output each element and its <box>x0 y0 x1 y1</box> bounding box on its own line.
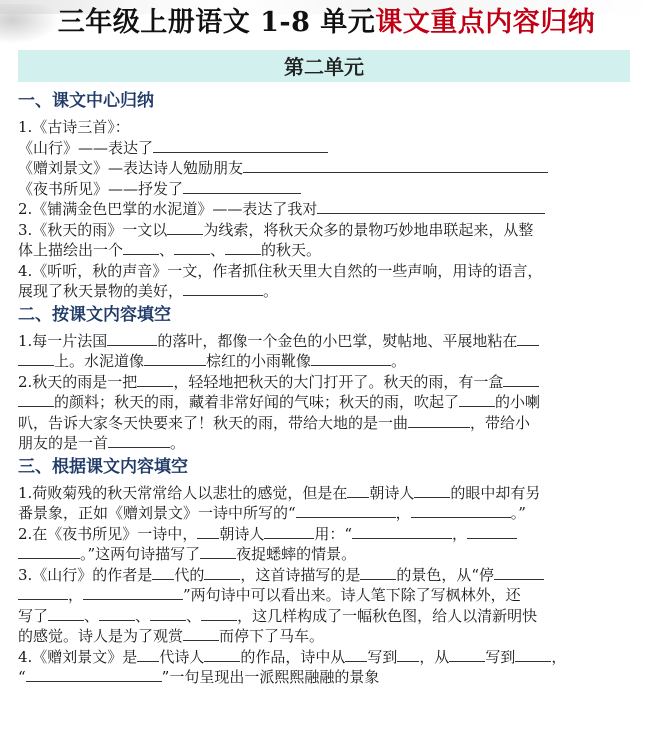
answer-blank[interactable] <box>200 544 236 559</box>
answer-blank[interactable] <box>397 647 419 662</box>
answer-blank[interactable] <box>411 503 511 518</box>
answer-blank[interactable] <box>467 524 517 539</box>
answer-blank[interactable] <box>503 372 539 387</box>
answer-blank[interactable] <box>152 565 174 580</box>
answer-blank[interactable] <box>108 433 170 448</box>
answer-blank[interactable] <box>83 585 183 600</box>
answer-blank[interactable] <box>345 647 367 662</box>
s3-q1-line2: 番景象，正如《赠刘景文》一诗中所写的“，。” <box>18 503 633 524</box>
answer-blank[interactable] <box>360 565 396 580</box>
answer-blank[interactable] <box>137 372 173 387</box>
answer-blank[interactable] <box>144 351 206 366</box>
s1-q3-line1: 3.《秋天的雨》一文以为线索，将秋天众多的景物巧妙地串联起来，从整 <box>18 220 633 241</box>
answer-blank[interactable] <box>515 647 551 662</box>
s2-q2-line4: 朋友的是一首。 <box>18 433 633 454</box>
title-black-part: 三年级上册语文 1-8 单元 <box>58 7 376 38</box>
section-heading-1: 一、课文中心归纳 <box>18 88 633 114</box>
s3-q1-line1: 1.荷败菊残的秋天常常给人以悲壮的感觉，但是在朝诗人的眼中却有另 <box>18 483 633 504</box>
s1-q1-title: 1.《古诗三首》： <box>18 117 633 138</box>
s3-q3-line1: 3.《山行》的作者是代的，这首诗描写的是的景色，从“停 <box>18 565 633 586</box>
answer-blank[interactable] <box>264 524 314 539</box>
s1-q1-b: 《赠刘景文》—表达诗人勉励朋友 <box>18 158 633 179</box>
answer-blank[interactable] <box>204 647 240 662</box>
answer-blank[interactable] <box>449 647 485 662</box>
answer-blank[interactable] <box>123 240 159 255</box>
answer-blank[interactable] <box>296 503 396 518</box>
answer-blank[interactable] <box>18 585 68 600</box>
answer-blank[interactable] <box>183 626 219 641</box>
s3-q4-line2: “”一句呈现出一派熙熙融融的景象 <box>18 667 633 688</box>
s1-q2: 2.《铺满金色巴掌的水泥道》——表达了我对 <box>18 199 633 220</box>
answer-blank[interactable] <box>183 281 263 296</box>
answer-blank[interactable] <box>18 392 54 407</box>
answer-blank[interactable] <box>204 565 240 580</box>
worksheet-content: 一、课文中心归纳 1.《古诗三首》： 《山行》——表达了 《赠刘景文》—表达诗人… <box>18 88 633 688</box>
s1-q4-line1: 4.《听听，秋的声音》一文，作者抓住秋天里大自然的一些声响，用诗的语言， <box>18 261 633 282</box>
answer-blank[interactable] <box>317 199 545 214</box>
answer-blank[interactable] <box>225 240 261 255</box>
section-heading-3: 三、根据课文内容填空 <box>18 454 633 480</box>
unit-banner: 第二单元 <box>18 50 630 82</box>
answer-blank[interactable] <box>107 331 157 346</box>
answer-blank[interactable] <box>408 413 470 428</box>
answer-blank[interactable] <box>18 544 80 559</box>
s2-q1-line1: 1.每一片法国的落叶，都像一个金色的小巴掌，熨帖地、平展地粘在 <box>18 331 633 352</box>
answer-blank[interactable] <box>48 606 84 621</box>
s2-q1-line2: 上。水泥道像棕红的小雨靴像。 <box>18 351 633 372</box>
title-red-part: 课文重点内容归纳 <box>375 7 595 38</box>
answer-blank[interactable] <box>167 220 203 235</box>
s3-q4-line1: 4.《赠刘景文》是代诗人的作品，诗中从写到，从写到， <box>18 647 633 668</box>
s3-q2-line2: 。”这两句诗描写了夜捉蟋蟀的情景。 <box>18 544 633 565</box>
answer-blank[interactable] <box>459 392 495 407</box>
answer-blank[interactable] <box>183 179 301 194</box>
answer-blank[interactable] <box>352 524 452 539</box>
answer-blank[interactable] <box>153 138 328 153</box>
s3-q3-line3: 写了、、、，这几样构成了一幅秋色图，给人以清新明快 <box>18 606 633 627</box>
s2-q2-line1: 2.秋天的雨是一把，轻轻地把秋天的大门打开了。秋天的雨，有一盒 <box>18 372 633 393</box>
answer-blank[interactable] <box>311 351 391 366</box>
page-title: 三年级上册语文 1-8 单元课文重点内容归纳 <box>0 6 653 40</box>
answer-blank[interactable] <box>150 606 186 621</box>
answer-blank[interactable] <box>18 351 54 366</box>
s3-q2-line1: 2.在《夜书所见》一诗中，朝诗人用：“， <box>18 524 633 545</box>
s3-q3-line2: ，”两句诗中可以看出来。诗人笔下除了写枫林外，还 <box>18 585 633 606</box>
answer-blank[interactable] <box>197 524 219 539</box>
answer-blank[interactable] <box>494 565 544 580</box>
answer-blank[interactable] <box>137 647 159 662</box>
s3-q3-line4: 的感觉。诗人是为了观赏而停下了马车。 <box>18 626 633 647</box>
s2-q2-line3: 叭，告诉大家冬天快要来了！秋天的雨，带给大地的是一曲，带给小 <box>18 413 633 434</box>
s1-q1-c: 《夜书所见》——抒发了 <box>18 179 633 200</box>
unit-banner-text: 第二单元 <box>18 50 630 84</box>
s2-q2-line2: 的颜料；秋天的雨，藏着非常好闻的气味；秋天的雨，吹起了的小喇 <box>18 392 633 413</box>
s1-q4-line2: 展现了秋天景物的美好，。 <box>18 281 633 302</box>
answer-blank[interactable] <box>174 240 210 255</box>
answer-blank[interactable] <box>26 667 162 682</box>
section-heading-2: 二、按课文内容填空 <box>18 302 633 328</box>
s1-q1-a: 《山行》——表达了 <box>18 138 633 159</box>
answer-blank[interactable] <box>201 606 237 621</box>
answer-blank[interactable] <box>517 331 539 346</box>
answer-blank[interactable] <box>243 158 548 173</box>
answer-blank[interactable] <box>347 483 369 498</box>
answer-blank[interactable] <box>414 483 450 498</box>
answer-blank[interactable] <box>99 606 135 621</box>
s1-q3-line2: 体上描绘出一个、、的秋天。 <box>18 240 633 261</box>
